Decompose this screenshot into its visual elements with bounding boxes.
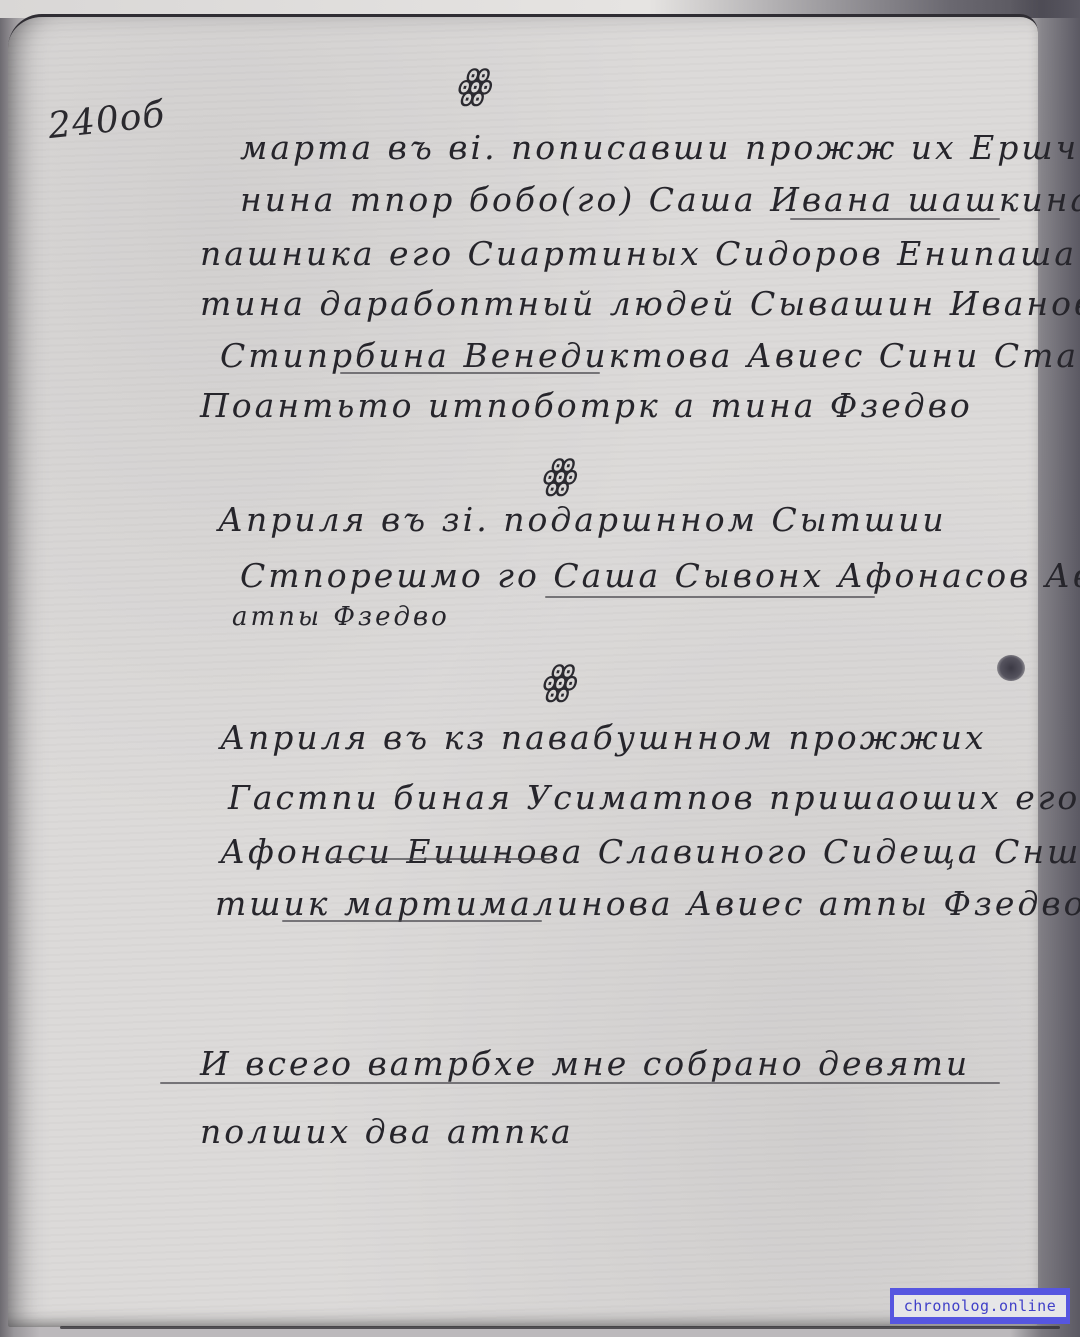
entry-3-line-3: Афонаси Еишнова Славиного Сидеща Снши (220, 832, 1080, 871)
entry-2-line-1: Априля въ зі. подаршнном Сытшии (218, 500, 947, 539)
ink-blot (997, 655, 1025, 681)
separator-mark-2: ꙮ (540, 452, 575, 498)
underline (282, 920, 542, 922)
watermark-text: chronolog.online (894, 1295, 1067, 1317)
watermark-badge: chronolog.online (890, 1288, 1070, 1324)
entry-3-line-1: Априля въ кз павабушнном прожжих (220, 718, 987, 757)
summary-line-1: И всего ватрбхе мне собрано девяти (200, 1044, 970, 1083)
separator-mark-3: ꙮ (540, 658, 575, 704)
entry-3-line-2: Гастпи биная Усиматпов пришаоших его (228, 778, 1080, 817)
underline (340, 372, 600, 374)
entry-3-line-4: тшик мартималинова Авиес атпы Фзедво (215, 884, 1080, 923)
summary-line-2: полших два атпка (200, 1112, 574, 1151)
underline (545, 596, 875, 598)
separator-mark-1: ꙮ (455, 62, 490, 108)
entry-1-line-5: Стипрбина Венедиктова Авиес Сини Ставта (220, 336, 1080, 375)
underline (790, 218, 1000, 220)
entry-1-line-2: нина тпор бобо(го) Саша Ивана шашкина ст… (240, 180, 1080, 219)
entry-1-line-6: Поантьто итпоботрк а тина Фзедво (200, 386, 973, 425)
underline (330, 858, 550, 860)
entry-1-line-4: тина дарабоптный людей Сывашин Иванова (200, 284, 1080, 323)
entry-2-line-2: Стпорешмо го Саша Сывонх Афонасов Авиеса (240, 556, 1080, 595)
page-bottom-edge (60, 1326, 1060, 1329)
entry-1-line-3: пашника его Сиартиных Сидоров Енипаша (200, 234, 1077, 273)
entry-2-line-3: атпы Фзедво (232, 602, 450, 632)
entry-1-line-1: марта въ ві. пописавши прожж их Ершча (240, 128, 1080, 167)
